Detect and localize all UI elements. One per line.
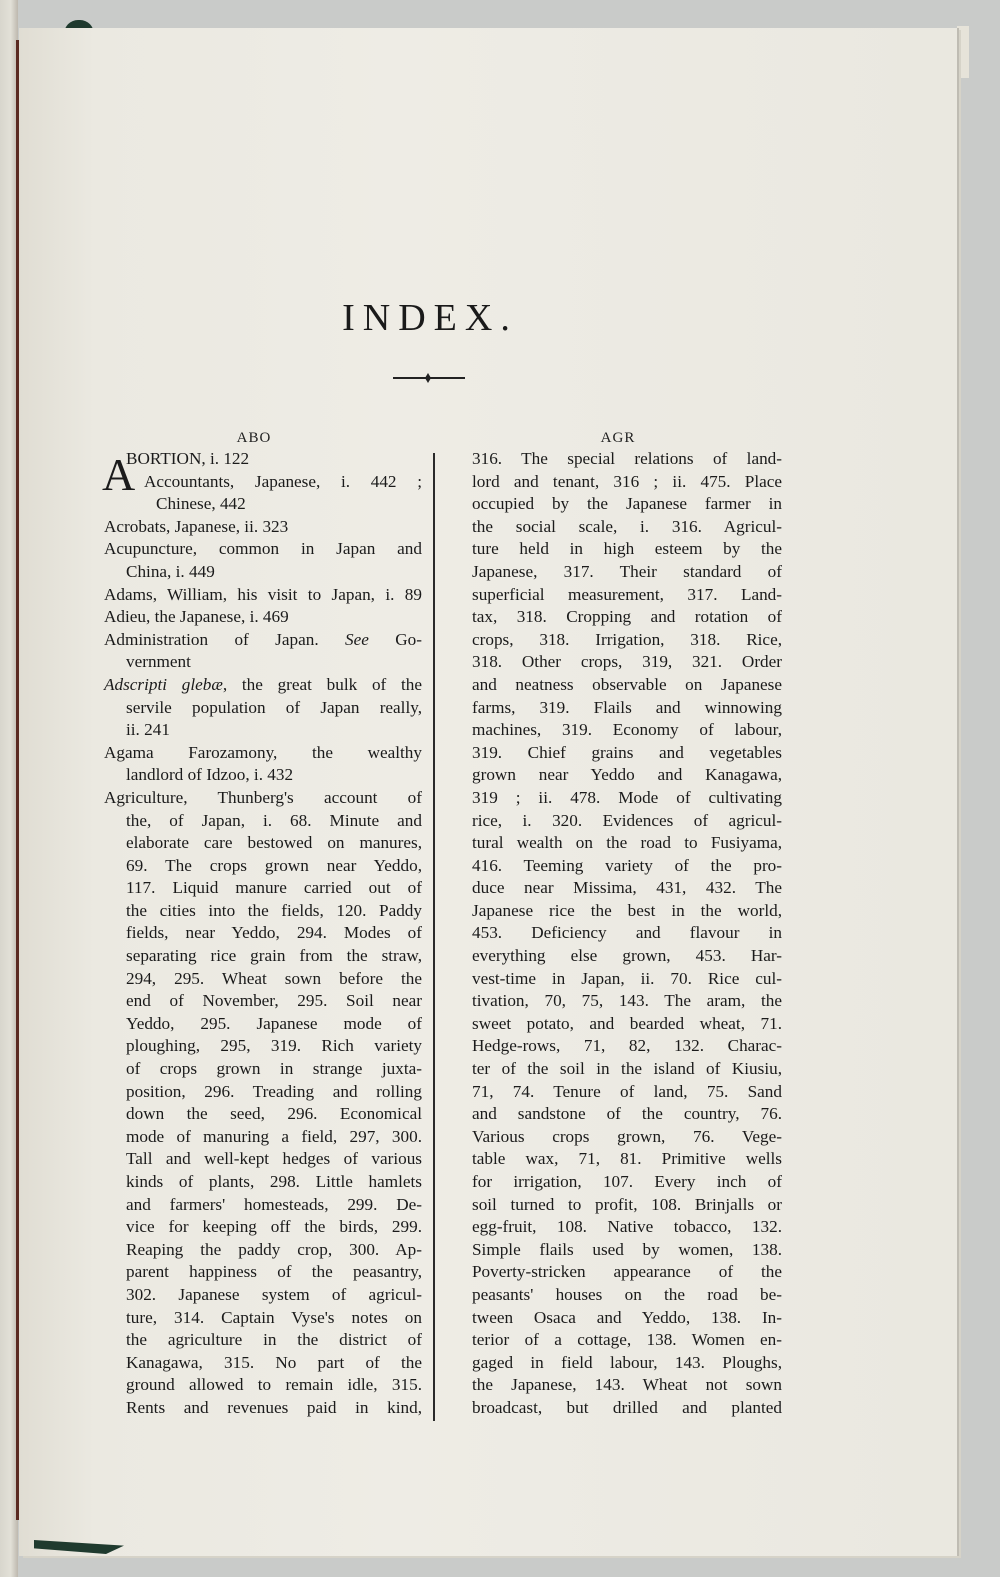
- ornament-rule-icon: [393, 377, 465, 379]
- index-line: Accountants, Japanese, i. 442 ;: [104, 471, 422, 494]
- index-line: Kanagawa, 315. No part of the: [104, 1352, 422, 1375]
- index-line: mode of manuring a field, 297, 300.: [104, 1126, 422, 1149]
- index-line: the, of Japan, i. 68. Minute and: [104, 810, 422, 833]
- index-line: servile population of Japan really,: [104, 697, 422, 720]
- index-line: BORTION, i. 122: [104, 448, 422, 471]
- index-line: occupied by the Japanese farmer in: [472, 493, 782, 516]
- index-line: Chinese, 442: [104, 493, 422, 516]
- index-line: lord and tenant, 316 ; ii. 475. Place: [472, 471, 782, 494]
- index-line: 318. Other crops, 319, 321. Order: [472, 651, 782, 674]
- index-line: 71, 74. Tenure of land, 75. Sand: [472, 1081, 782, 1104]
- index-line: gaged in field labour, 143. Ploughs,: [472, 1352, 782, 1375]
- index-line: Various crops grown, 76. Vege-: [472, 1126, 782, 1149]
- index-line: 453. Deficiency and flavour in: [472, 922, 782, 945]
- index-line: separating rice grain from the straw,: [104, 945, 422, 968]
- index-line: Simple flails used by women, 138.: [472, 1239, 782, 1262]
- drop-cap: A: [102, 452, 135, 498]
- index-line: and farmers' homesteads, 299. De-: [104, 1194, 422, 1217]
- index-line: broadcast, but drilled and planted: [472, 1397, 782, 1420]
- index-line: tural wealth on the road to Fusiyama,: [472, 832, 782, 855]
- index-line: rice, i. 320. Evidences of agricul-: [472, 810, 782, 833]
- index-line: everything else grown, 453. Har-: [472, 945, 782, 968]
- page-stack-edge: [957, 26, 969, 78]
- index-line: vernment: [104, 651, 422, 674]
- index-line: 302. Japanese system of agricul-: [104, 1284, 422, 1307]
- index-line: landlord of Idzoo, i. 432: [104, 764, 422, 787]
- index-line: fields, near Yeddo, 294. Modes of: [104, 922, 422, 945]
- index-line: Yeddo, 295. Japanese mode of: [104, 1013, 422, 1036]
- index-line: Hedge-rows, 71, 82, 132. Charac-: [472, 1035, 782, 1058]
- index-line: Rents and revenues paid in kind,: [104, 1397, 422, 1420]
- right-column: 316. The special relations of land- lord…: [472, 448, 782, 1420]
- left-column-header: ABO: [224, 430, 284, 447]
- index-line: end of November, 295. Soil near: [104, 990, 422, 1013]
- index-line: ploughing, 295, 319. Rich variety: [104, 1035, 422, 1058]
- index-line: soil turned to profit, 108. Brinjalls or: [472, 1194, 782, 1217]
- index-line: position, 296. Treading and rolling: [104, 1081, 422, 1104]
- index-line: Adscripti glebæ, the great bulk of the: [104, 674, 422, 697]
- index-line: and sandstone of the country, 76.: [472, 1103, 782, 1126]
- index-line: terior of a cottage, 138. Women en-: [472, 1329, 782, 1352]
- index-line: table wax, 71, 81. Primitive wells: [472, 1148, 782, 1171]
- index-line: Administration of Japan. See Go-: [104, 629, 422, 652]
- index-line: Acrobats, Japanese, ii. 323: [104, 516, 422, 539]
- index-line: Japanese rice the best in the world,: [472, 900, 782, 923]
- left-column: A BORTION, i. 122 Accountants, Japanese,…: [104, 448, 422, 1420]
- index-line: 294, 295. Wheat sown before the: [104, 968, 422, 991]
- index-line: the social scale, i. 316. Agricul-: [472, 516, 782, 539]
- index-line: 117. Liquid manure carried out of: [104, 877, 422, 900]
- index-line: ture, 314. Captain Vyse's notes on: [104, 1307, 422, 1330]
- index-line: 319. Chief grains and vegetables: [472, 742, 782, 765]
- index-line: the cities into the fields, 120. Paddy: [104, 900, 422, 923]
- index-line: egg-fruit, 108. Native tobacco, 132.: [472, 1216, 782, 1239]
- index-line: farms, 319. Flails and winnowing: [472, 697, 782, 720]
- index-line: the agriculture in the district of: [104, 1329, 422, 1352]
- index-line: for irrigation, 107. Every inch of: [472, 1171, 782, 1194]
- index-line: down the seed, 296. Economical: [104, 1103, 422, 1126]
- index-line: and neatness observable on Japanese: [472, 674, 782, 697]
- index-line: 319 ; ii. 478. Mode of cultivating: [472, 787, 782, 810]
- index-line: 69. The crops grown near Yeddo,: [104, 855, 422, 878]
- index-line: tivation, 70, 75, 143. The aram, the: [472, 990, 782, 1013]
- index-line: machines, 319. Economy of labour,: [472, 719, 782, 742]
- index-line: tween Osaca and Yeddo, 138. In-: [472, 1307, 782, 1330]
- index-line: ter of the soil in the island of Kiusiu,: [472, 1058, 782, 1081]
- index-line: Acupuncture, common in Japan and: [104, 538, 422, 561]
- page-title: INDEX.: [300, 296, 560, 340]
- index-line: vest-time in Japan, ii. 70. Rice cul-: [472, 968, 782, 991]
- right-column-header: AGR: [588, 430, 648, 447]
- index-line: China, i. 449: [104, 561, 422, 584]
- index-line: peasants' houses on the road be-: [472, 1284, 782, 1307]
- index-line: parent happiness of the peasantry,: [104, 1261, 422, 1284]
- index-line: of crops grown in strange juxta-: [104, 1058, 422, 1081]
- index-line: Japanese, 317. Their standard of: [472, 561, 782, 584]
- index-line: ground allowed to remain idle, 315.: [104, 1374, 422, 1397]
- index-line: elaborate care bestowed on manures,: [104, 832, 422, 855]
- index-line: tax, 318. Cropping and rotation of: [472, 606, 782, 629]
- index-line: grown near Yeddo and Kanagawa,: [472, 764, 782, 787]
- index-line: ture held in high esteem by the: [472, 538, 782, 561]
- index-line: 316. The special relations of land-: [472, 448, 782, 471]
- index-line: Adieu, the Japanese, i. 469: [104, 606, 422, 629]
- index-line: sweet potato, and bearded wheat, 71.: [472, 1013, 782, 1036]
- index-line: kinds of plants, 298. Little hamlets: [104, 1171, 422, 1194]
- index-line: Agriculture, Thunberg's account of: [104, 787, 422, 810]
- index-line: 416. Teeming variety of the pro-: [472, 855, 782, 878]
- index-line: the Japanese, 143. Wheat not sown: [472, 1374, 782, 1397]
- column-divider: [433, 453, 435, 1421]
- index-line: vice for keeping off the birds, 299.: [104, 1216, 422, 1239]
- index-line: Reaping the paddy crop, 300. Ap-: [104, 1239, 422, 1262]
- index-line: superficial measurement, 317. Land-: [472, 584, 782, 607]
- index-line: crops, 318. Irrigation, 318. Rice,: [472, 629, 782, 652]
- index-line: duce near Missima, 431, 432. The: [472, 877, 782, 900]
- index-line: Agama Farozamony, the wealthy: [104, 742, 422, 765]
- index-line: Poverty-stricken appearance of the: [472, 1261, 782, 1284]
- index-line: Adams, William, his visit to Japan, i. 8…: [104, 584, 422, 607]
- index-line: Tall and well-kept hedges of various: [104, 1148, 422, 1171]
- index-line: ii. 241: [104, 719, 422, 742]
